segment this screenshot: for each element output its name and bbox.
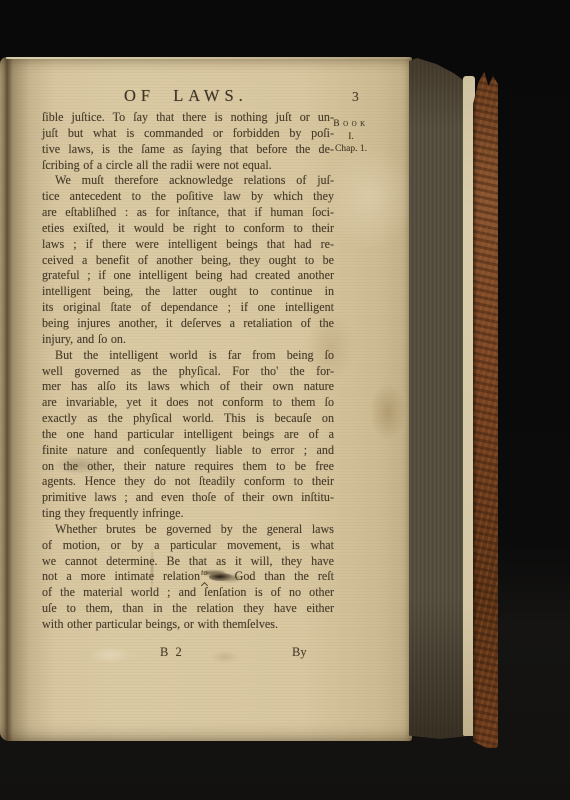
text-line: finite nature and conſequently liable to… [42, 443, 334, 459]
text-line: with other particular beings, or with th… [42, 617, 334, 633]
text-line: ting they frequently infringe. [42, 506, 334, 522]
paragraph-3: But the intelligent world is far from be… [42, 348, 334, 522]
text-line: grateful ; if one intelligent being had … [42, 268, 334, 284]
text-line: injury, and ſo on. [42, 332, 334, 348]
signature-mark: B 2 [160, 645, 184, 660]
text-line: are eſtabliſhed : as for inſtance, that … [42, 205, 334, 221]
text-line: tive laws, is the ſame as ſaying that be… [42, 142, 334, 158]
book-page: OF LAWS. 3 Book I. Chap. 1. ſible juſtic… [0, 57, 412, 741]
paragraph-2: We muſt therefore acknowledge relations … [42, 173, 334, 347]
ink-blot [209, 573, 233, 581]
text-line: mer has alſo its laws which of their own… [42, 379, 334, 395]
text-line: uſe to them, than in the relation they h… [42, 601, 334, 617]
text-line: eties exiſted, it would be right to conf… [42, 221, 334, 237]
leather-cover [473, 70, 498, 748]
text-line: of motion, or by a particular movement, … [42, 538, 334, 554]
paragraph-1: ſible juſtice. To ſay that there is noth… [42, 110, 334, 173]
text-line: exactly as the phyſical world. This is b… [42, 411, 334, 427]
page-number: 3 [352, 89, 359, 105]
text-line: We muſt therefore acknowledge relations … [42, 173, 334, 189]
text-line: its original ſtate of dependance ; if on… [42, 300, 334, 316]
text-line: tice antecedent to the poſitive law by w… [42, 189, 334, 205]
fore-edge-page-stack [409, 57, 466, 739]
scanned-book-photo: OF LAWS. 3 Book I. Chap. 1. ſible juſtic… [0, 0, 570, 800]
text-line: well governed as the phyſical. For tho' … [42, 364, 334, 380]
text-line: laws ; if there were intelligent beings … [42, 237, 334, 253]
text-line: ſible juſtice. To ſay that there is noth… [42, 110, 334, 126]
text-line: But the intelligent world is far from be… [42, 348, 334, 364]
text-line: being injures another, it deſerves a ret… [42, 316, 334, 332]
text-line: agents. Hence they do not ſteadily confo… [42, 474, 334, 490]
page-text: ſible juſtice. To ſay that there is noth… [42, 110, 334, 633]
page-footer: B 2 By [42, 645, 334, 663]
text-line: ſcribing of a circle all the radii were … [42, 158, 334, 174]
catchword: By [292, 645, 307, 660]
text-line: primitive laws ; and even thoſe of their… [42, 490, 334, 506]
text-line: of the material world ; and ſenſation is… [42, 585, 334, 601]
text-line: intelligent being, the latter ought to c… [42, 284, 334, 300]
paragraph-4: Whether brutes be governed by the genera… [42, 522, 334, 633]
running-head: OF LAWS. [124, 86, 248, 106]
text-line: we cannot determine. Be that as it will,… [42, 554, 334, 570]
text-line: on the other, their nature requires them… [42, 459, 334, 475]
text-line: juſt but what is commanded or forbidden … [42, 126, 334, 142]
text-line: ceived a benefit of another being, they … [42, 253, 334, 269]
text-line: Whether brutes be governed by the genera… [42, 522, 334, 538]
text-line: are invariable, yet it does not conform … [42, 395, 334, 411]
text-line: not a more intimate relationtoGod than t… [42, 569, 334, 585]
text-line: the one hand particular intelligent bein… [42, 427, 334, 443]
